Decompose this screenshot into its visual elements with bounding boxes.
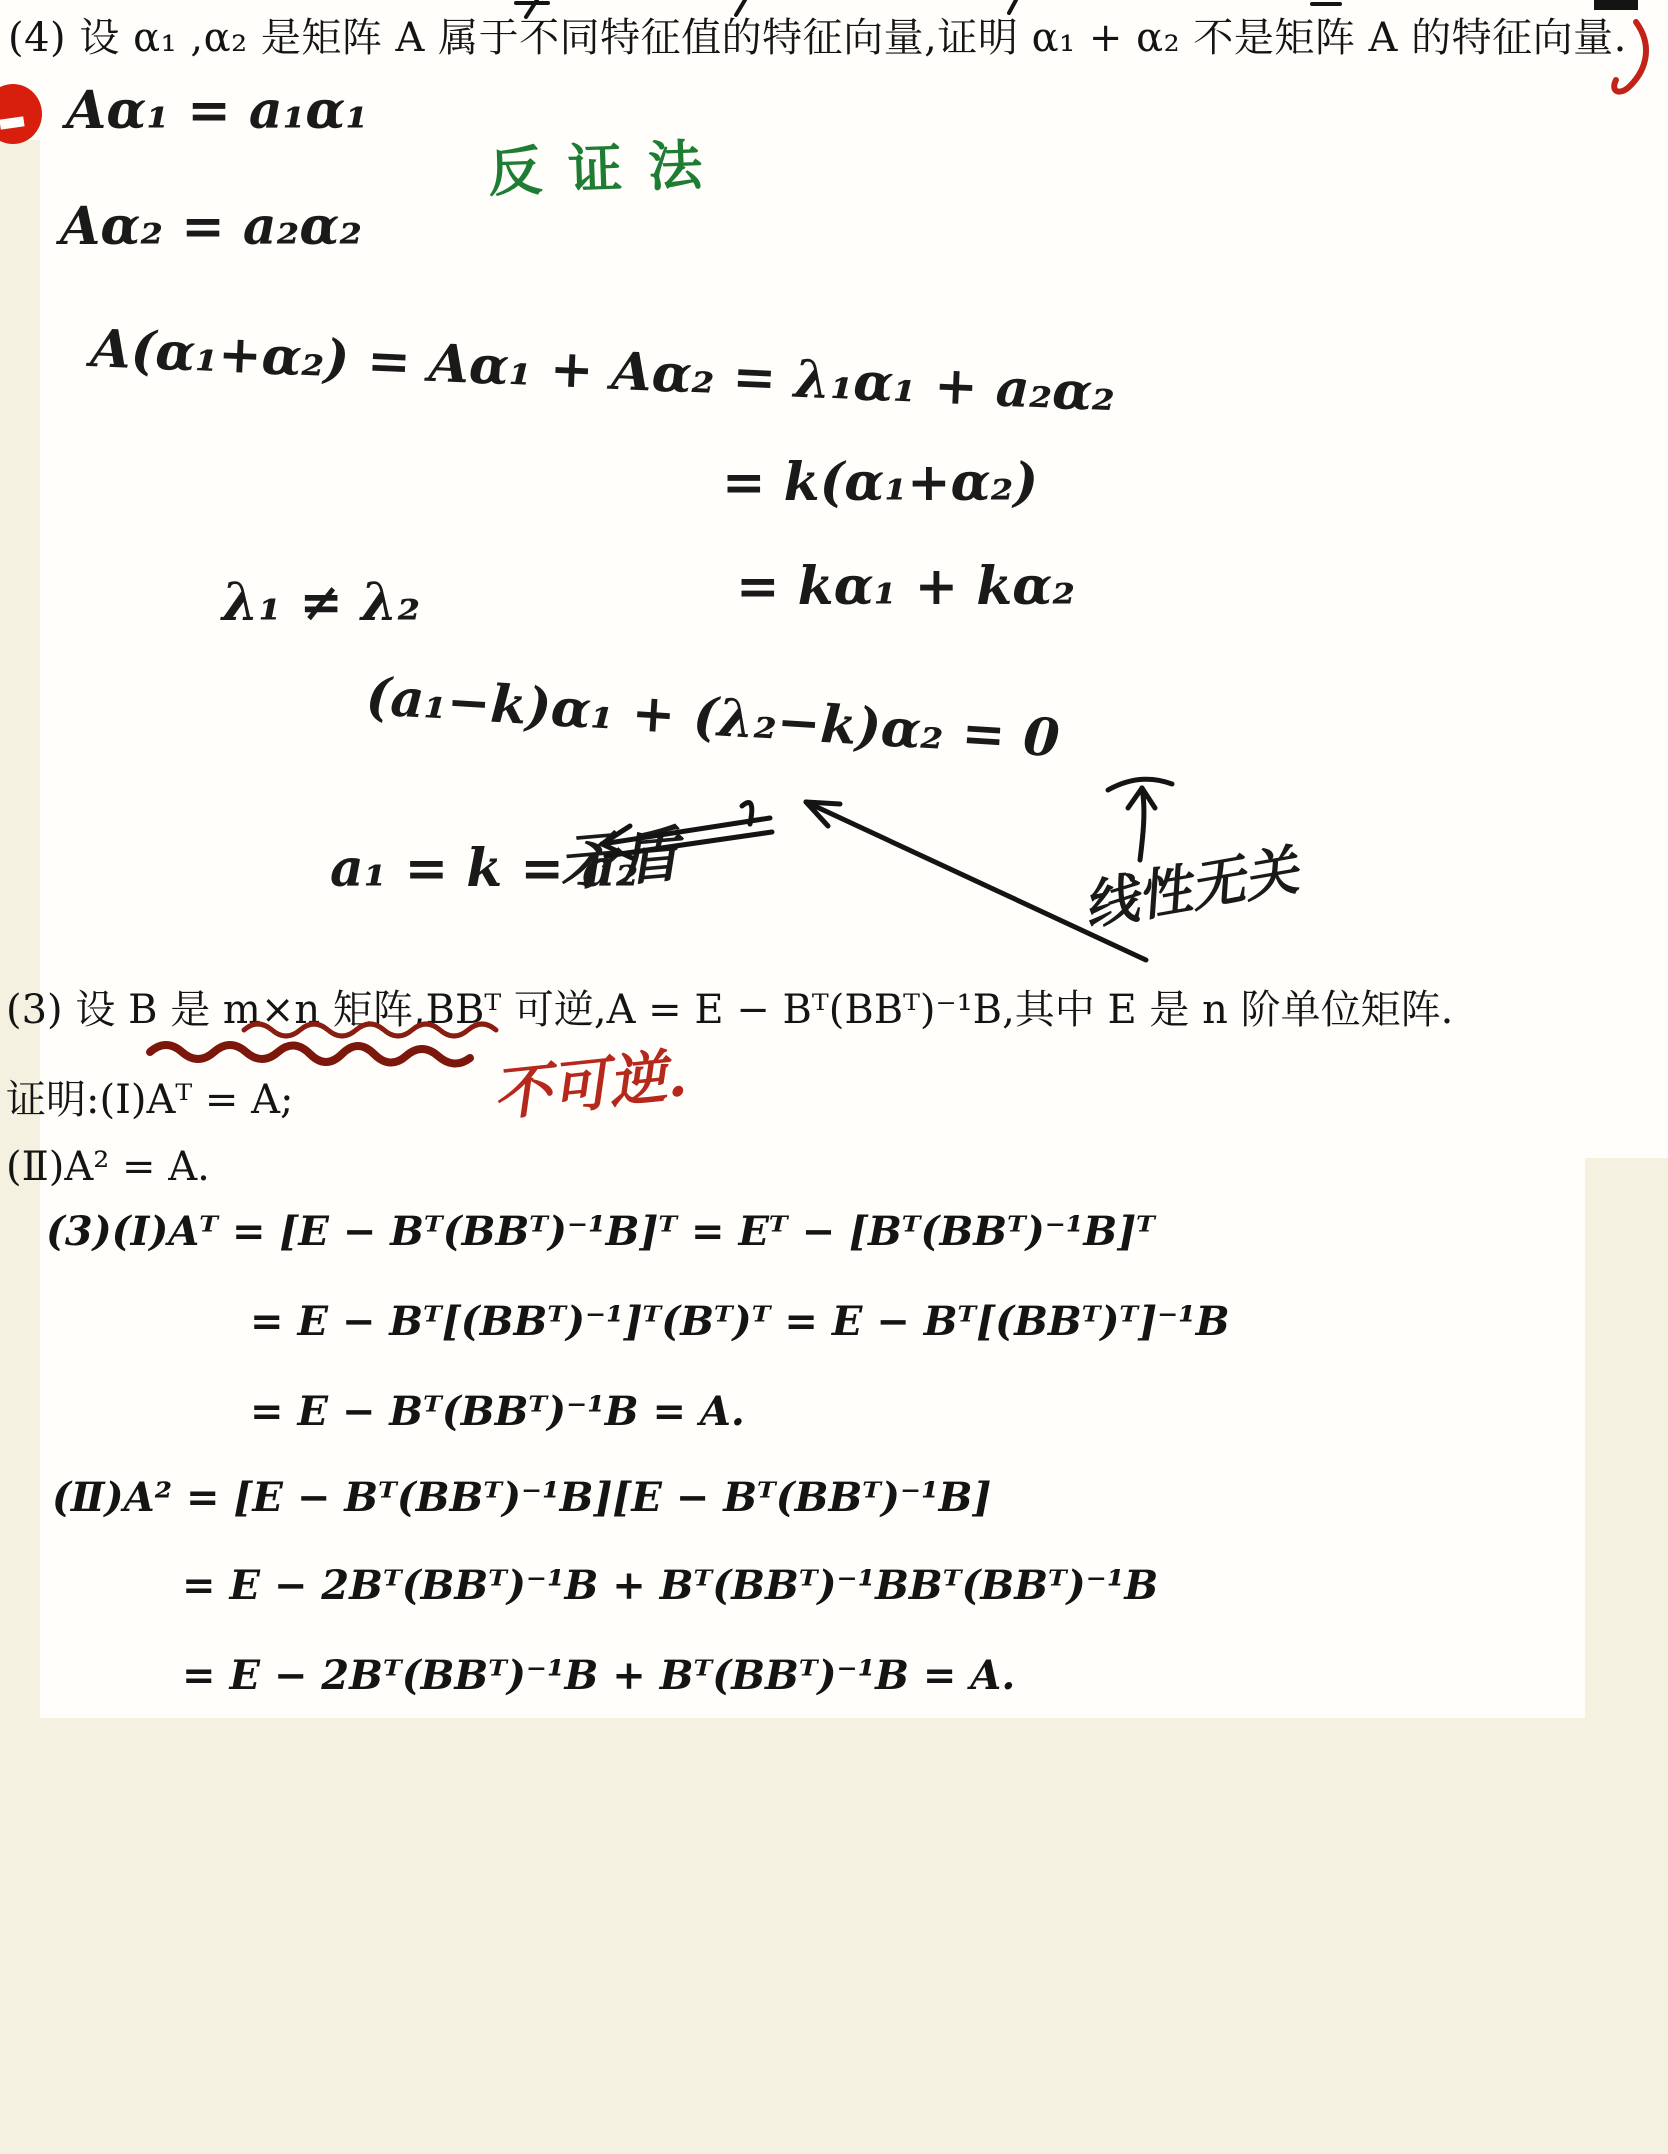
handwritten-eq-5: = kα₁ + kα₂ [736,556,1075,617]
stamp-detail [0,116,25,129]
handwritten-eq-1: Aα₁ = a₁α₁ [66,80,368,141]
solution-line-1: (3)(Ⅰ)Aᵀ = [E − Bᵀ(BBᵀ)⁻¹B]ᵀ = Eᵀ − [Bᵀ(… [46,1208,1155,1255]
solution-line-3: = E − Bᵀ(BBᵀ)⁻¹B = A. [250,1388,745,1435]
problem3-statement: (3) 设 B 是 m×n 矩阵,BBᵀ 可逆,A = E − Bᵀ(BBᵀ)⁻… [6,978,1453,1035]
handwritten-eq-4: = k(α₁+α₂) [722,452,1038,513]
problem3-claim-2: (Ⅱ)A² = A. [6,1144,210,1190]
solution-line-5: = E − 2Bᵀ(BBᵀ)⁻¹B + Bᵀ(BBᵀ)⁻¹BBᵀ(BBᵀ)⁻¹B [182,1562,1158,1609]
green-method-note: 反证法 [487,122,730,207]
solution-line-4: (Ⅱ)A² = [E − Bᵀ(BBᵀ)⁻¹B][E − Bᵀ(BBᵀ)⁻¹B] [52,1474,991,1521]
problem3-claim-1: 证明:(Ⅰ)Aᵀ = A; [6,1068,293,1125]
handwritten-eq-2: Aα₂ = a₂α₂ [60,196,362,257]
contradiction-note: 矛盾 [554,807,681,903]
solution-line-6: = E − 2Bᵀ(BBᵀ)⁻¹B + Bᵀ(BBᵀ)⁻¹B = A. [182,1652,1015,1699]
problem4-header: (4) 设 α₁ ,α₂ 是矩阵 A 属于不同特征值的特征向量,证明 α₁ + … [8,6,1627,63]
solution-line-2: = E − Bᵀ[(BBᵀ)⁻¹]ᵀ(Bᵀ)ᵀ = E − Bᵀ[(BBᵀ)ᵀ]… [250,1298,1230,1345]
scanned-notebook-page: (4) 设 α₁ ,α₂ 是矩阵 A 属于不同特征值的特征向量,证明 α₁ + … [0,0,1668,2154]
handwritten-lambda-inequality: λ₁ ≠ λ₂ [222,572,420,633]
